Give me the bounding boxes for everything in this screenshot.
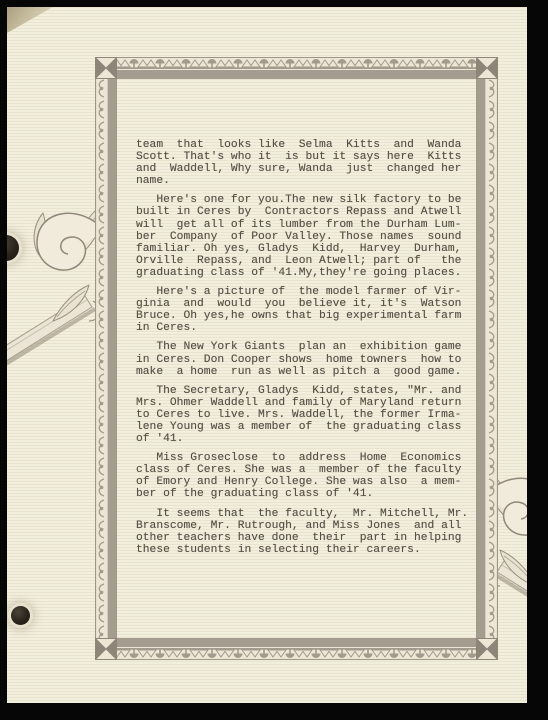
- typewritten-line: make a home run as well as pitch a good …: [136, 366, 480, 378]
- typewritten-line: these students in selecting their career…: [136, 544, 480, 556]
- punch-hole-bottom: [11, 606, 30, 625]
- typewritten-text: team that looks like Selma Kitts and Wan…: [136, 139, 480, 563]
- typewritten-line: Miss Groseclose to address Home Economic…: [136, 452, 480, 464]
- typewritten-line: in Ceres.: [136, 322, 480, 334]
- typewritten-line: lene Young was a member of the graduatin…: [136, 421, 480, 433]
- typewritten-line: in Ceres. Don Cooper shows home towners …: [136, 354, 480, 366]
- typewritten-line: to Ceres to live. Mrs. Waddell, the form…: [136, 409, 480, 421]
- typewritten-line: Bruce. Oh yes,he owns that big experimen…: [136, 310, 480, 322]
- typewritten-line: Here's one for you.The new silk factory …: [136, 194, 480, 206]
- typewritten-line: Branscome, Mr. Rutrough, and Miss Jones …: [136, 520, 480, 532]
- typewritten-paragraph: Here's a picture of the model farmer of …: [136, 286, 480, 334]
- typewritten-paragraph: team that looks like Selma Kitts and Wan…: [136, 139, 480, 187]
- typewritten-line: of '41.: [136, 433, 480, 445]
- typewritten-line: other teachers have done their part in h…: [136, 532, 480, 544]
- typewritten-line: name.: [136, 175, 480, 187]
- typewritten-paragraph: The Secretary, Gladys Kidd, states, "Mr.…: [136, 385, 480, 445]
- typewritten-line: ber of the graduating class of '41.: [136, 488, 480, 500]
- scrapbook-paper: team that looks like Selma Kitts and Wan…: [7, 7, 527, 703]
- typewritten-line: class of Ceres. She was a member of the …: [136, 464, 480, 476]
- typewritten-paragraph: It seems that the faculty, Mr. Mitchell,…: [136, 508, 480, 556]
- typewritten-paragraph: The New York Giants plan an exhibition g…: [136, 341, 480, 377]
- typewritten-line: Mrs. Ohmer Waddell and family of Marylan…: [136, 397, 480, 409]
- typewritten-line: team that looks like Selma Kitts and Wan…: [136, 139, 480, 151]
- typewritten-line: Orville Repass, and Leon Atwell; part of…: [136, 255, 480, 267]
- typewritten-line: familiar. Oh yes, Gladys Kidd, Harvey Du…: [136, 243, 480, 255]
- typewritten-line: graduating class of '41.My,they're going…: [136, 267, 480, 279]
- typewritten-line: ber Company of Poor Valley. Those names …: [136, 231, 480, 243]
- typewritten-line: of Emory and Henry College. She was also…: [136, 476, 480, 488]
- typewritten-line: built in Ceres by Contractors Repass and…: [136, 206, 480, 218]
- typewritten-line: The New York Giants plan an exhibition g…: [136, 341, 480, 353]
- typewritten-line: and Waddell, Why sure, Wanda just change…: [136, 163, 480, 175]
- typewritten-line: will get all of its lumber from the Durh…: [136, 219, 480, 231]
- typewritten-line: Here's a picture of the model farmer of …: [136, 286, 480, 298]
- typewritten-line: It seems that the faculty, Mr. Mitchell,…: [136, 508, 480, 520]
- typewritten-line: The Secretary, Gladys Kidd, states, "Mr.…: [136, 385, 480, 397]
- typewritten-paragraph: Here's one for you.The new silk factory …: [136, 194, 480, 279]
- typewritten-paragraph: Miss Groseclose to address Home Economic…: [136, 452, 480, 500]
- typewritten-line: ginia and would you believe it, it's Wat…: [136, 298, 480, 310]
- typewritten-line: Scott. That's who it is but it says here…: [136, 151, 480, 163]
- page-corner-shadow: [7, 7, 53, 33]
- album-page: { "colors": { "background": "#060606", "…: [0, 0, 548, 720]
